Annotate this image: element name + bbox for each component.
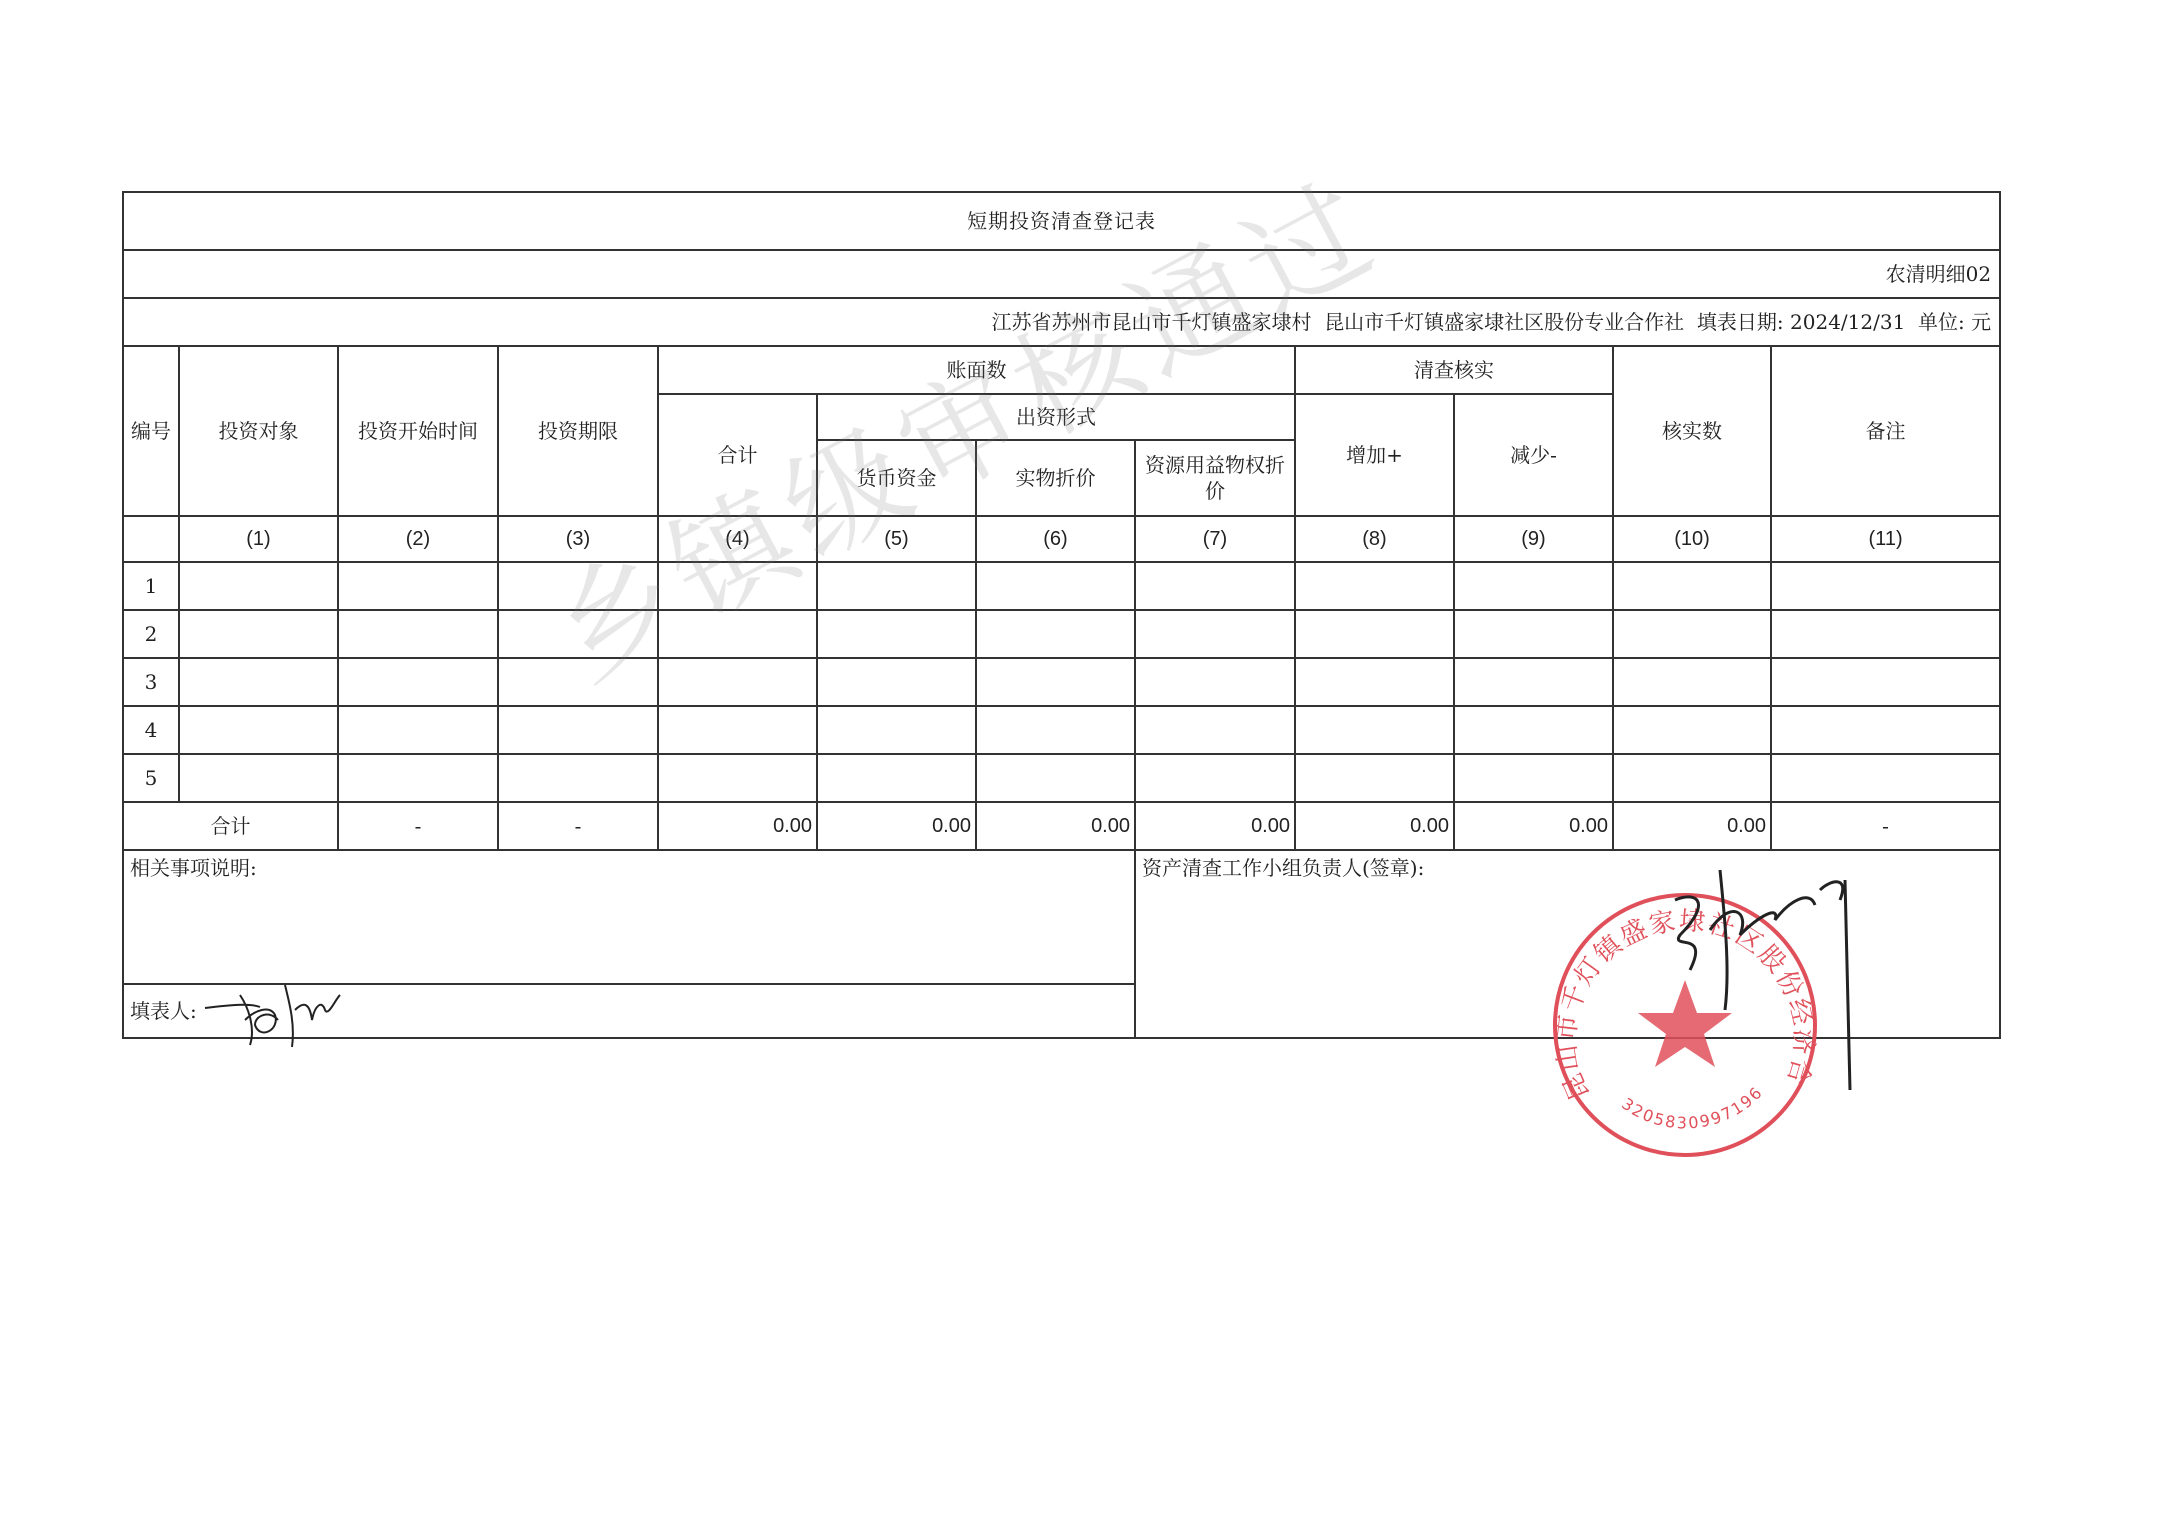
header-info: 江苏省苏州市昆山市千灯镇盛家埭村 昆山市千灯镇盛家埭社区股份专业合作社 填表日期… bbox=[123, 298, 2000, 346]
totals-increase: 0.00 bbox=[1295, 802, 1454, 850]
table-cell bbox=[1613, 658, 1771, 706]
table-cell bbox=[1771, 562, 2000, 610]
form-title: 短期投资清查登记表 bbox=[123, 192, 2000, 250]
table-cell bbox=[179, 562, 338, 610]
col-index: (7) bbox=[1135, 516, 1295, 562]
col-target: 投资对象 bbox=[179, 346, 338, 516]
date-label: 填表日期: bbox=[1697, 310, 1784, 334]
totals-label: 合计 bbox=[123, 802, 338, 850]
col-term: 投资期限 bbox=[498, 346, 658, 516]
table-cell bbox=[498, 754, 658, 802]
col-index: (1) bbox=[179, 516, 338, 562]
totals-verified: 0.00 bbox=[1613, 802, 1771, 850]
col-cash: 货币资金 bbox=[817, 440, 976, 516]
table-cell bbox=[1454, 562, 1613, 610]
col-increase: 增加+ bbox=[1295, 394, 1454, 516]
table-cell bbox=[817, 562, 976, 610]
table-cell bbox=[179, 706, 338, 754]
unit-label: 单位: bbox=[1918, 310, 1965, 334]
table-cell bbox=[817, 706, 976, 754]
table-cell bbox=[817, 754, 976, 802]
table-cell bbox=[1135, 610, 1295, 658]
totals-row: 合计 - - 0.00 0.00 0.00 0.00 0.00 0.00 0.0… bbox=[123, 802, 2000, 850]
table-cell bbox=[498, 610, 658, 658]
table-cell bbox=[1295, 562, 1454, 610]
table-cell bbox=[1135, 754, 1295, 802]
filler-section: 填表人: bbox=[123, 984, 1135, 1038]
col-start-time: 投资开始时间 bbox=[338, 346, 498, 516]
fill-date: 2024/12/31 bbox=[1790, 310, 1905, 334]
col-index: (10) bbox=[1613, 516, 1771, 562]
col-remarks: 备注 bbox=[1771, 346, 2000, 516]
col-no: 编号 bbox=[123, 346, 179, 516]
table-cell bbox=[1295, 706, 1454, 754]
table-cell bbox=[658, 562, 817, 610]
table-cell bbox=[1295, 658, 1454, 706]
totals-resource: 0.00 bbox=[1135, 802, 1295, 850]
col-total: 合计 bbox=[658, 394, 817, 516]
table-cell bbox=[1135, 562, 1295, 610]
investment-register-table: 短期投资清查登记表 农清明细02 江苏省苏州市昆山市千灯镇盛家埭村 昆山市千灯镇… bbox=[122, 191, 2001, 1039]
form-sheet: 短期投资清查登记表 农清明细02 江苏省苏州市昆山市千灯镇盛家埭村 昆山市千灯镇… bbox=[122, 191, 1999, 1041]
table-cell bbox=[1613, 754, 1771, 802]
table-cell bbox=[817, 658, 976, 706]
row-number: 1 bbox=[123, 562, 179, 610]
table-cell bbox=[817, 610, 976, 658]
table-row: 1 bbox=[123, 562, 2000, 610]
table-row: 5 bbox=[123, 754, 2000, 802]
table-cell bbox=[1771, 754, 2000, 802]
form-code: 农清明细02 bbox=[123, 250, 2000, 298]
organization: 昆山市千灯镇盛家埭社区股份专业合作社 bbox=[1324, 310, 1684, 334]
table-cell bbox=[1135, 658, 1295, 706]
table-cell bbox=[1613, 706, 1771, 754]
totals-start-time: - bbox=[338, 802, 498, 850]
col-group-form: 出资形式 bbox=[817, 394, 1295, 440]
col-index: (11) bbox=[1771, 516, 2000, 562]
col-index: (6) bbox=[976, 516, 1135, 562]
unit: 元 bbox=[1971, 310, 1991, 334]
row-number: 3 bbox=[123, 658, 179, 706]
table-cell bbox=[1454, 610, 1613, 658]
col-index: (5) bbox=[817, 516, 976, 562]
totals-term: - bbox=[498, 802, 658, 850]
table-cell bbox=[1454, 658, 1613, 706]
table-row: 2 bbox=[123, 610, 2000, 658]
table-cell bbox=[1771, 658, 2000, 706]
table-cell bbox=[498, 658, 658, 706]
table-cell bbox=[1295, 610, 1454, 658]
table-cell bbox=[1454, 706, 1613, 754]
col-index: (3) bbox=[498, 516, 658, 562]
col-index: (8) bbox=[1295, 516, 1454, 562]
table-cell bbox=[658, 610, 817, 658]
filler-label: 填表人: bbox=[130, 999, 197, 1023]
table-cell bbox=[338, 658, 498, 706]
table-cell bbox=[179, 610, 338, 658]
table-cell bbox=[179, 658, 338, 706]
notes-label: 相关事项说明: bbox=[130, 856, 257, 880]
table-row: 3 bbox=[123, 658, 2000, 706]
col-physical: 实物折价 bbox=[976, 440, 1135, 516]
row-number: 5 bbox=[123, 754, 179, 802]
col-decrease: 减少- bbox=[1454, 394, 1613, 516]
table-cell bbox=[976, 562, 1135, 610]
table-cell bbox=[1771, 610, 2000, 658]
table-cell bbox=[1135, 706, 1295, 754]
col-verified: 核实数 bbox=[1613, 346, 1771, 516]
location: 江苏省苏州市昆山市千灯镇盛家埭村 bbox=[991, 310, 1311, 334]
seal-number: 3205830997196 bbox=[1618, 1082, 1767, 1132]
col-index: (9) bbox=[1454, 516, 1613, 562]
table-cell bbox=[498, 706, 658, 754]
totals-cash: 0.00 bbox=[817, 802, 976, 850]
notes-section: 相关事项说明: bbox=[123, 850, 1135, 984]
table-cell bbox=[338, 562, 498, 610]
data-rows: 12345 bbox=[123, 562, 2000, 802]
table-row: 4 bbox=[123, 706, 2000, 754]
totals-decrease: 0.00 bbox=[1454, 802, 1613, 850]
leader-signature-section: 资产清查工作小组负责人(签章): bbox=[1135, 850, 2000, 1038]
col-index: (2) bbox=[338, 516, 498, 562]
row-number: 2 bbox=[123, 610, 179, 658]
table-cell bbox=[658, 658, 817, 706]
table-cell bbox=[1454, 754, 1613, 802]
table-cell bbox=[658, 754, 817, 802]
table-cell bbox=[338, 706, 498, 754]
row-number: 4 bbox=[123, 706, 179, 754]
table-cell bbox=[658, 706, 817, 754]
col-group-book: 账面数 bbox=[658, 346, 1295, 394]
table-cell bbox=[976, 754, 1135, 802]
index-blank bbox=[123, 516, 179, 562]
col-resource: 资源用益物权折价 bbox=[1135, 440, 1295, 516]
table-cell bbox=[338, 610, 498, 658]
table-cell bbox=[498, 562, 658, 610]
table-cell bbox=[1295, 754, 1454, 802]
totals-total: 0.00 bbox=[658, 802, 817, 850]
totals-physical: 0.00 bbox=[976, 802, 1135, 850]
table-cell bbox=[1613, 610, 1771, 658]
table-cell bbox=[976, 658, 1135, 706]
svg-text:3205830997196: 3205830997196 bbox=[1618, 1082, 1767, 1132]
leader-label: 资产清查工作小组负责人(签章): bbox=[1142, 856, 1424, 880]
table-cell bbox=[1771, 706, 2000, 754]
totals-remarks: - bbox=[1771, 802, 2000, 850]
table-cell bbox=[976, 706, 1135, 754]
table-cell bbox=[976, 610, 1135, 658]
table-cell bbox=[179, 754, 338, 802]
col-group-verify: 清查核实 bbox=[1295, 346, 1613, 394]
table-cell bbox=[338, 754, 498, 802]
table-cell bbox=[1613, 562, 1771, 610]
col-index: (4) bbox=[658, 516, 817, 562]
